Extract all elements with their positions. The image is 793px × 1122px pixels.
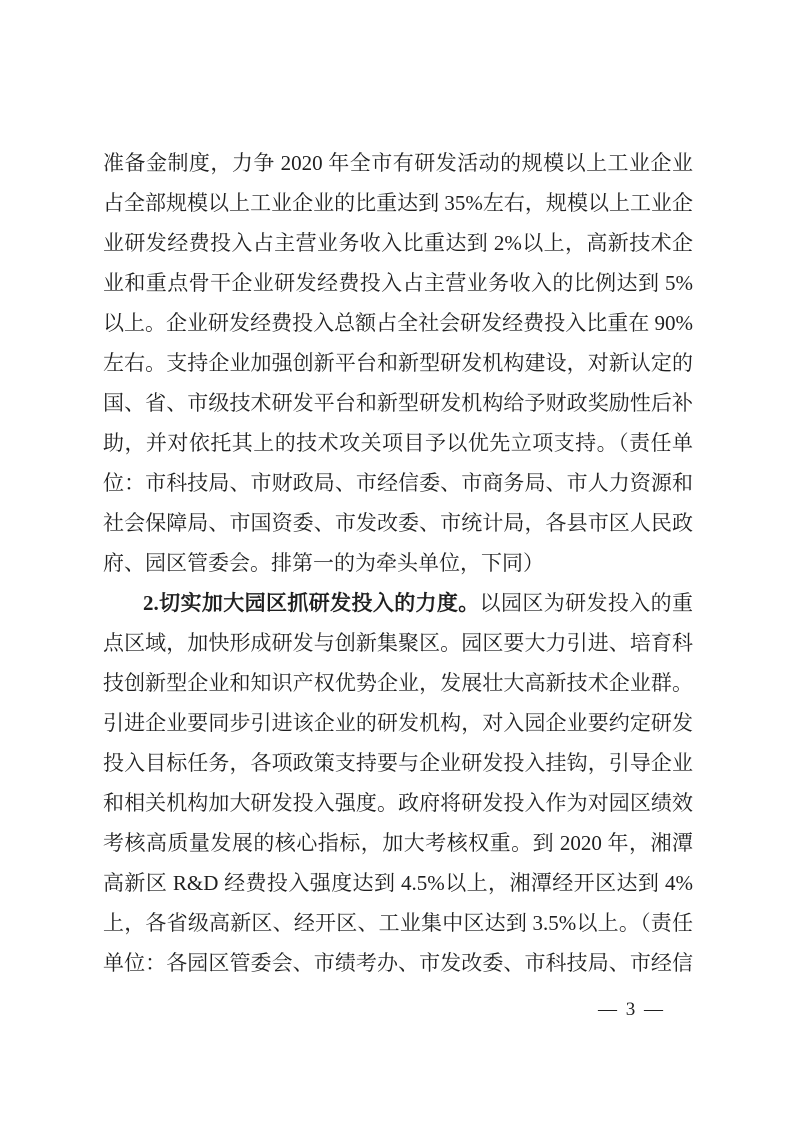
text-line: 引进企业要同步引进该企业的研发机构，对入园企业要约定研发	[103, 703, 693, 743]
text-line: 上，各省级高新区、经开区、工业集中区达到 3.5%以上。（责任	[103, 903, 693, 943]
section-heading-line: 2.切实加大园区抓研发投入的力度。以园区为研发投入的重	[103, 583, 693, 623]
text-line: 业研发经费投入占主营业务收入比重达到 2%以上，高新技术企	[103, 223, 693, 263]
text-line: 左右。支持企业加强创新平台和新型研发机构建设，对新认定的	[103, 343, 693, 383]
document-text: 准备金制度，力争 2020 年全市有研发活动的规模以上工业企业 占全部规模以上工…	[103, 143, 693, 983]
text-line: 准备金制度，力争 2020 年全市有研发活动的规模以上工业企业	[103, 143, 693, 183]
paragraph-1: 准备金制度，力争 2020 年全市有研发活动的规模以上工业企业 占全部规模以上工…	[103, 143, 693, 583]
text-line: 府、园区管委会。排第一的为牵头单位，下同）	[103, 543, 693, 583]
text-line: 以上。企业研发经费投入总额占全社会研发经费投入比重在 90%	[103, 303, 693, 343]
text-line: 助，并对依托其上的技术攻关项目予以优先立项支持。（责任单	[103, 423, 693, 463]
text-line: 国、省、市级技术研发平台和新型研发机构给予财政奖励性后补	[103, 383, 693, 423]
text-line: 占全部规模以上工业企业的比重达到 35%左右，规模以上工业企	[103, 183, 693, 223]
text-line: 投入目标任务，各项政策支持要与企业研发投入挂钩，引导企业	[103, 743, 693, 783]
text-line: 点区域，加快形成研发与创新集聚区。园区要大力引进、培育科	[103, 623, 693, 663]
text-line: 位：市科技局、市财政局、市经信委、市商务局、市人力资源和	[103, 463, 693, 503]
text-line: 单位：各园区管委会、市绩考办、市发改委、市科技局、市经信	[103, 943, 693, 983]
text-line: 技创新型企业和知识产权优势企业，发展壮大高新技术企业群。	[103, 663, 693, 703]
section-2-heading: 2.切实加大园区抓研发投入的力度。	[143, 591, 480, 615]
text-line: 社会保障局、市国资委、市发改委、市统计局，各县市区人民政	[103, 503, 693, 543]
text-run: 以园区为研发投入的重	[480, 591, 693, 615]
document-page: 准备金制度，力争 2020 年全市有研发活动的规模以上工业企业 占全部规模以上工…	[0, 0, 793, 1122]
text-line: 业和重点骨干企业研发经费投入占主营业务收入的比例达到 5%	[103, 263, 693, 303]
text-line: 高新区 R&D 经费投入强度达到 4.5%以上，湘潭经开区达到 4%以	[103, 863, 693, 903]
text-line: 和相关机构加大研发投入强度。政府将研发投入作为对园区绩效	[103, 783, 693, 823]
paragraph-2: 2.切实加大园区抓研发投入的力度。以园区为研发投入的重 点区域，加快形成研发与创…	[103, 583, 693, 983]
page-number: — 3 —	[598, 999, 665, 1021]
text-line: 考核高质量发展的核心指标，加大考核权重。到 2020 年，湘潭	[103, 823, 693, 863]
